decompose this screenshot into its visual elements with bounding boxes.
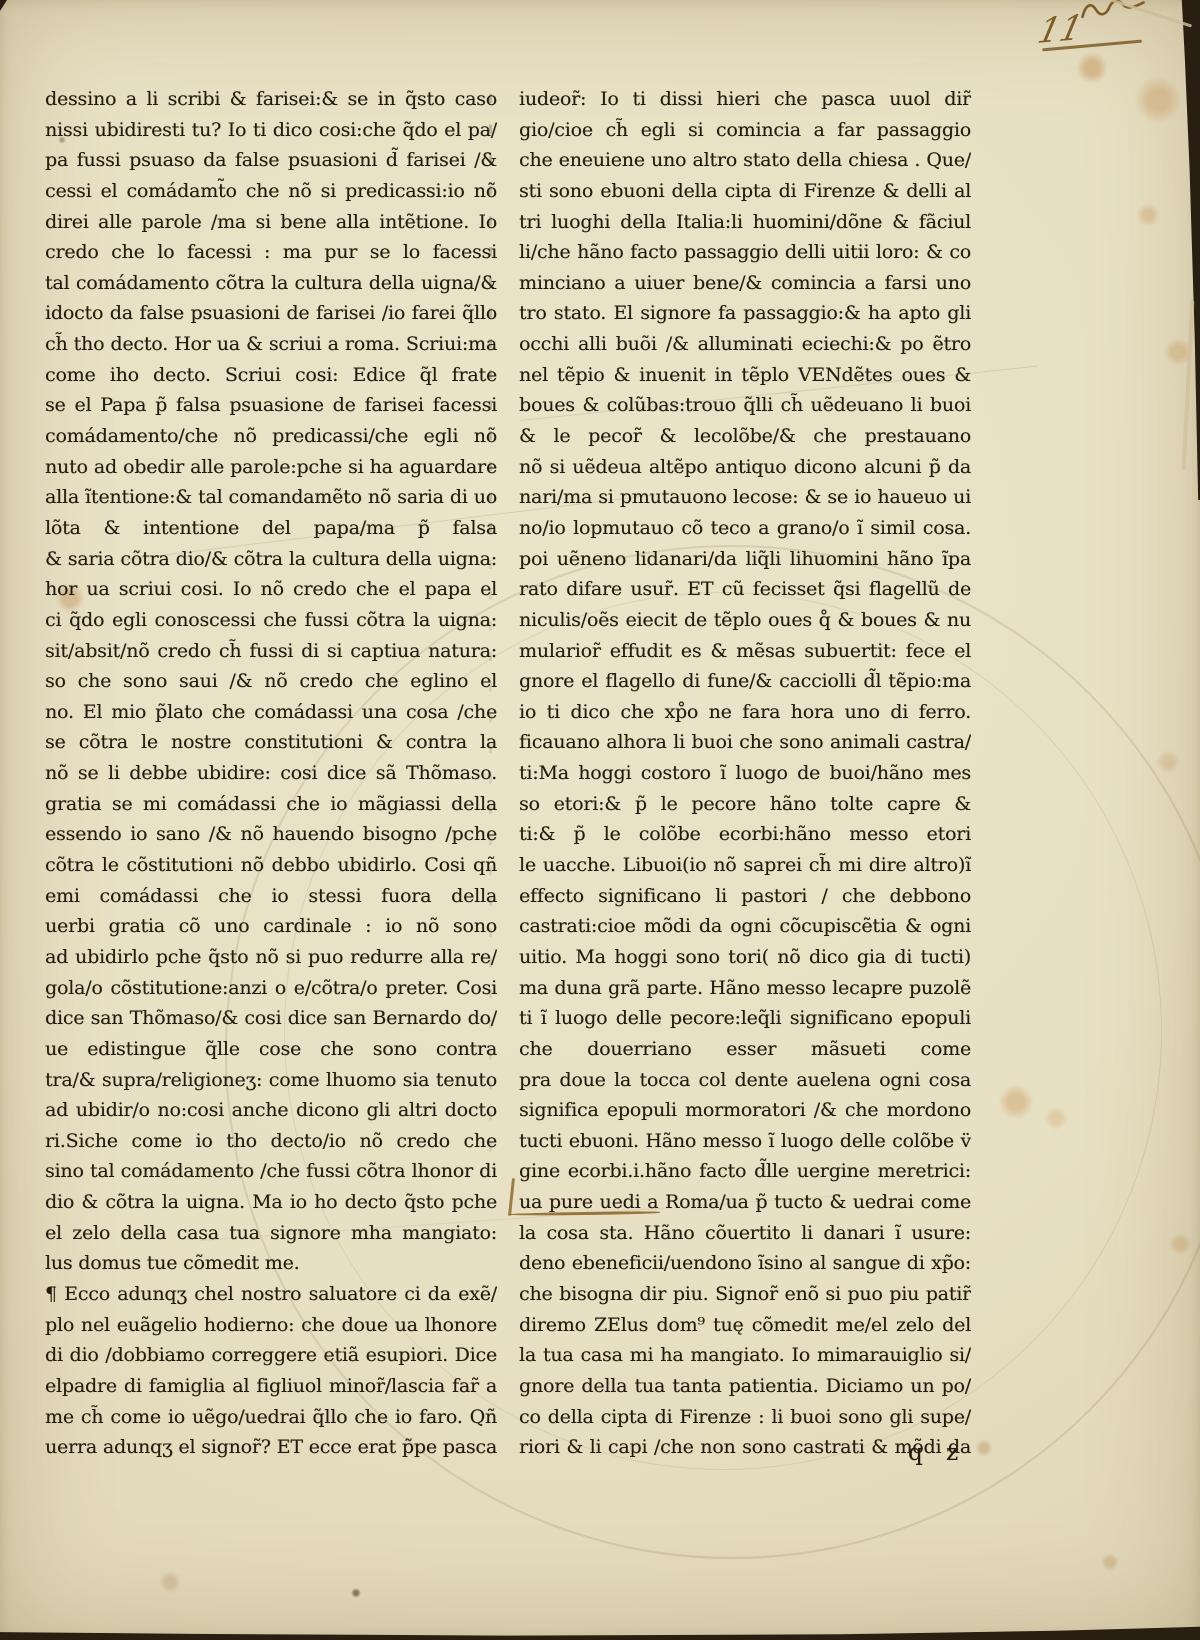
text-line: tro stato. El signore fa passaggio:& ha … (519, 298, 971, 329)
scan-background: dessino a li scribi & farisei:& se in q̃… (0, 0, 1200, 1640)
text-line: direi alle parole /ma si bene alla intẽt… (45, 207, 497, 238)
text-line: dio & cõtra la uigna. Ma io ho decto q̃s… (45, 1187, 497, 1218)
text-line: ma duna grã parte. Hãno messo lecapre pu… (519, 973, 971, 1004)
folio-flourish-icon (1079, 0, 1147, 27)
text-line: lus domus tue cõmedit me. (45, 1248, 497, 1279)
text-line: uerbi gratia cõ uno cardinale : io nõ so… (45, 911, 497, 942)
text-line: hor ua scriui cosi. Io nõ credo che el p… (45, 574, 497, 605)
text-line: li/che hãno facto passaggio delli uitii … (519, 237, 971, 268)
text-line: occhi alli buõi /& alluminati eciechi:& … (519, 329, 971, 360)
text-line: riori & li capi /che non sono castrati &… (519, 1432, 971, 1463)
text-line: alla ĩtentione:& tal comandamẽto nõ sari… (45, 482, 497, 513)
text-line: se cõtra le nostre constitutioni & contr… (45, 727, 497, 758)
text-line: effecto significano li pastori / che deb… (519, 881, 971, 912)
text-line: plo nel euãgelio hodierno: che doue ua l… (45, 1310, 497, 1341)
text-line: no. El mio p̃lato che comádassi una cosa… (45, 697, 497, 728)
text-column-left: dessino a li scribi & farisei:& se in q̃… (45, 84, 497, 1463)
text-line: significa epopuli mormoratori /& che mor… (519, 1095, 971, 1126)
signature-mark: q z (908, 1440, 958, 1466)
text-line: nuto ad obedir alle parole:pche si ha ag… (45, 452, 497, 483)
text-line: so etori:& p̃ le pecore hãno tolte capre… (519, 789, 971, 820)
text-line: iudeor̃: Io ti dissi hieri che pasca uuo… (519, 84, 971, 115)
text-line: pra doue la tocca col dente auelena ogni… (519, 1065, 971, 1096)
text-line: no/io lopmutauo cõ teco a grano/o ĩ simi… (519, 513, 971, 544)
text-line: lõta & intentione del papa/ma p̃ falsa p… (45, 513, 497, 544)
text-line: ad ubidir/o no:cosi anche dicono gli alt… (45, 1095, 497, 1126)
text-line: tal comádamento cõtra la cultura della u… (45, 268, 497, 299)
text-line: so che sono saui /& nõ credo che eglino … (45, 666, 497, 697)
text-line: cessi el comádamt̃o che nõ si predicassi… (45, 176, 497, 207)
text-line: che bisogna dir piu. Signor̃ enõ si puo … (519, 1279, 971, 1310)
text-line: gola/o cõstitutione:anzi o e/cõtra/o pre… (45, 973, 497, 1004)
text-line: elpadre di famiglia al figliuol minor̃/l… (45, 1371, 497, 1402)
text-line: sti sono ebuoni della cipta di Firenze &… (519, 176, 971, 207)
text-line: credo che lo facessi : ma pur se lo face… (45, 237, 497, 268)
text-line: tri luoghi della Italia:li huomini/dõne … (519, 207, 971, 238)
text-line: nari/ma si pmutauono lecose: & se io hau… (519, 482, 971, 513)
text-line: co della cipta di Firenze : li buoi sono… (519, 1402, 971, 1433)
text-line: ¶ Ecco adunqʒ chel nostro saluatore ci d… (45, 1279, 497, 1310)
text-line: gnore el flagello di fune/& cacciolli d̃… (519, 666, 971, 697)
text-line: minciano a uiuer bene/& comincia a farsi… (519, 268, 971, 299)
text-line: la tua casa mi ha mangiato. Io mimarauig… (519, 1340, 971, 1371)
text-line: sino tal comádamento /che fussi cõtra lh… (45, 1156, 497, 1187)
page-edge-dark-corner (0, 0, 7, 11)
text-line: gratia se mi comádassi che io mãgiassi d… (45, 789, 497, 820)
text-line: ti:& p̃ le colõbe ecorbi:hãno messo etor… (519, 819, 971, 850)
text-line: la cosa sta. Hãno cõuertito li danari ĩ … (519, 1218, 971, 1249)
text-line: mularior̃ effudit es & mẽsas subuertit: … (519, 636, 971, 667)
text-line: gine ecorbi.i.hãno facto d̃lle uergine m… (519, 1156, 971, 1187)
page-sheet: dessino a li scribi & farisei:& se in q̃… (0, 0, 1200, 1640)
text-line: di dio /dobbiamo correggere etiã esupior… (45, 1340, 497, 1371)
text-line: & le pecor̃ & lecolõbe/& che prestauano … (519, 421, 971, 452)
text-line: niculis/oẽs eiecit de tẽplo oues q̊ & bo… (519, 605, 971, 636)
text-line: ch̃ tho decto. Hor ua & scriui a roma. S… (45, 329, 497, 360)
page-edge-dark-bottom (0, 1618, 1200, 1640)
text-line: & saria cõtra dio/& cõtra la cultura del… (45, 544, 497, 575)
text-line: comádamento/che nõ predicassi/che egli n… (45, 421, 497, 452)
text-line: nõ se li debbe ubidire: cosi dice sã Thõ… (45, 758, 497, 789)
text-line: castrati:cioe mõdi da ogni cõcupiscẽtia … (519, 911, 971, 942)
text-line: come iho decto. Scriui cosi: Edice q̃l f… (45, 360, 497, 391)
text-line: io ti dico che xp̊o ne fara hora uno di … (519, 697, 971, 728)
right-edge-tear-mark (1182, 300, 1195, 470)
text-line: ue edistingue q̃lle cose che sono contra… (45, 1034, 497, 1065)
ink-underline-hook (508, 1178, 515, 1216)
text-line: dessino a li scribi & farisei:& se in q̃… (45, 84, 497, 115)
text-line: che douerriano esser mãsueti come pecore… (519, 1034, 971, 1065)
text-line: tra/& supra/religioneʒ: come lhuomo sia … (45, 1065, 497, 1096)
text-line: emi comádassi che io stessi fuora della … (45, 881, 497, 912)
text-line: le uacche. Libuoi(io nõ saprei ch̃ mi di… (519, 850, 971, 881)
text-line: boues & colũbas:trouo q̃lli ch̃ uẽdeuano… (519, 390, 971, 421)
text-column-right: iudeor̃: Io ti dissi hieri che pasca uuo… (519, 84, 971, 1463)
text-line: ci q̃do egli conoscessi che fussi cõtra … (45, 605, 497, 636)
text-line: poi uẽneno lidanari/da liq̃li lihuomini … (519, 544, 971, 575)
text-line: ad ubidirlo pche q̃sto nõ si puo redurre… (45, 942, 497, 973)
text-line: idocto da false psuasioni de farisei /io… (45, 298, 497, 329)
text-line: me ch̃ come io uẽgo/uedrai q̃llo che io … (45, 1402, 497, 1433)
text-line: sit/absit/nõ credo ch̃ fussi di si capti… (45, 636, 497, 667)
folio-number: 11 (1035, 11, 1086, 50)
text-line: uerra adunqʒ el signor̃? ET ecce erat p̃… (45, 1432, 497, 1463)
text-line: gio/cioe ch̃ egli si comincia a far pass… (519, 115, 971, 146)
text-line: el zelo della casa tua signore mha mangi… (45, 1218, 497, 1249)
text-line: tucti ebuoni. Hãno messo ĩ luogo delle c… (519, 1126, 971, 1157)
text-line: dice san Thõmaso/& cosi dice san Bernard… (45, 1003, 497, 1034)
scanned-book-page: { "page": { "kind": "incunabulum-printed… (0, 0, 1200, 1640)
text-line: ri.Siche come io tho decto/io nõ credo c… (45, 1126, 497, 1157)
text-line: deno ebeneficii/uendono ĩsino al sangue … (519, 1248, 971, 1279)
text-line: se el Papa p̃ falsa psuasione de farisei… (45, 390, 497, 421)
text-line: ti ĩ luogo delle pecore:leq̃li significa… (519, 1003, 971, 1034)
text-line: nissi ubidiresti tu? Io ti dico cosi:che… (45, 115, 497, 146)
text-line: rato difare usur̃. ET cũ fecisset q̃si f… (519, 574, 971, 605)
text-line: ti:Ma hoggi costoro ĩ luogo de buoi/hãno… (519, 758, 971, 789)
text-line: che eneuiene uno altro stato della chies… (519, 145, 971, 176)
text-line: gnore della tua tanta patientia. Diciamo… (519, 1371, 971, 1402)
text-line: nõ si uẽdeua altẽpo antiquo dicono alcun… (519, 452, 971, 483)
text-line: diremo ZElus dom⁹ tuę cõmedit me/el zelo… (519, 1310, 971, 1341)
text-line: essendo io sano /& nõ hauendo bisogno /p… (45, 819, 497, 850)
text-line: nel tẽpio & inuenit in tẽplo VENdẽtes ou… (519, 360, 971, 391)
text-line: uitio. Ma hoggi sono tori( nõ dico gia d… (519, 942, 971, 973)
text-line: cõtra le cõstitutioni nõ debbo ubidirlo.… (45, 850, 497, 881)
text-line: ficauano alhora li buoi che sono animali… (519, 727, 971, 758)
text-line: pa fussi psuaso da false psuasioni d̃ fa… (45, 145, 497, 176)
